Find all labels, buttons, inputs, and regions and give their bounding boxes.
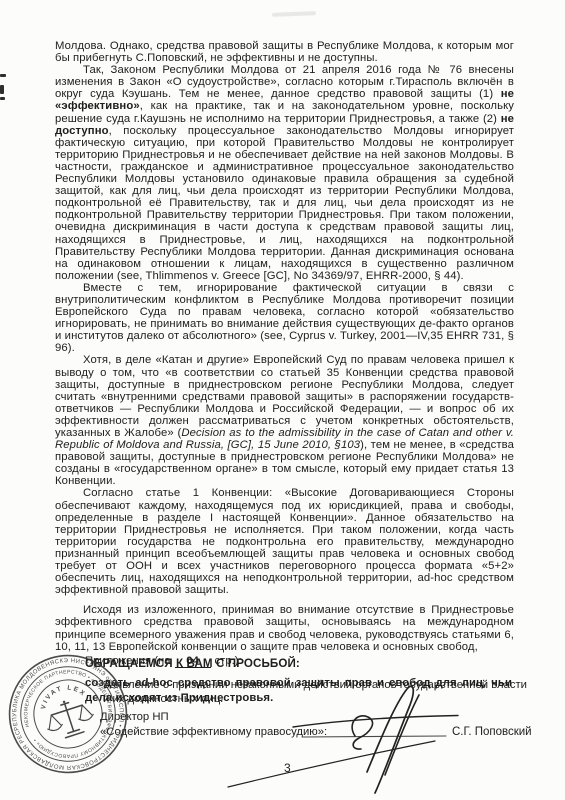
svg-text:НЕКОМЕРЧЕСКОЕ ПАРТНЕРСТВО • «С: НЕКОМЕРЧЕСКОЕ ПАРТНЕРСТВО • «СОДЕЙСТВИЕ …	[12, 657, 126, 770]
paragraph: Молдова. Однако, средства правовой защит…	[55, 40, 514, 64]
organization-stamp: РЕПУБЛИКА МОЛДОВЕНЯСКЭ НИСТРЯНЭ ор. ТИРА…	[5, 651, 131, 777]
paragraph: Вместе с тем, игнорирование фактической …	[55, 282, 514, 355]
document-body: Молдова. Однако, средства правовой защит…	[55, 40, 514, 706]
handwritten-signature	[195, 678, 565, 798]
scan-artifact	[0, 85, 4, 94]
scan-artifact	[0, 74, 6, 77]
stamp-inner-ring-text: НЕКОМЕРЧЕСКОЕ ПАРТНЕРСТВО • «СОДЕЙСТВИЕ …	[12, 657, 126, 770]
attachments-label-after: стр.):	[215, 655, 242, 667]
paragraph: Так, Законом Республики Молдова от 21 ап…	[55, 64, 514, 282]
paragraph: Согласно статье 1 Конвенции: «Высокие До…	[55, 487, 514, 596]
signature-line	[302, 736, 446, 737]
paragraph: Хотя, в деле «Катан и другие» Европейски…	[55, 354, 514, 487]
scan-artifact	[272, 11, 316, 17]
paragraph: Исходя из изложенного, принимая во внима…	[55, 604, 514, 652]
attachments-pages-count: 04	[175, 655, 211, 668]
scan-artifact	[0, 97, 5, 100]
scanned-document-page: Молдова. Однако, средства правовой защит…	[0, 0, 565, 800]
